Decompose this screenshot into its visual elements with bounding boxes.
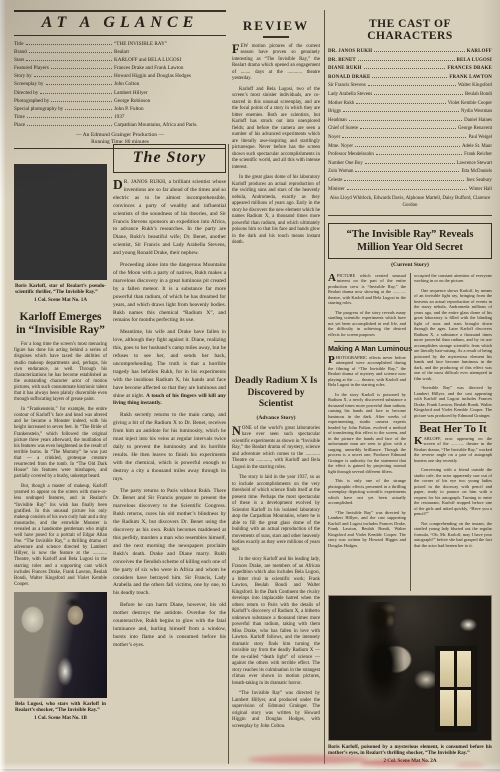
dot-leader <box>374 47 464 52</box>
at-a-glance-section: AT A GLANCE Title“THE INVISIBLE RAY” Bra… <box>14 10 226 149</box>
karloff-figure-silhouette <box>352 602 414 737</box>
credit-row: Directed byLambert Hillyer <box>14 89 226 97</box>
lugosi-portrait-photo <box>14 592 107 698</box>
paragraph: PHOTOGRAPHIC effects never before attemp… <box>328 355 406 388</box>
advance-body: NONE of the world’s great laboratories h… <box>232 426 320 731</box>
review-section: REVIEW FEW motion pictures of the curren… <box>232 18 320 370</box>
credit-row: Photographed byGeorge Robinson <box>14 97 226 105</box>
credit-row: Special photography byJohn P. Fulton <box>14 105 226 113</box>
cast-row: Zulu WomanEtta McDaniels <box>328 167 492 176</box>
feature-subcolumns: A PICTURE which created unusual interest… <box>328 273 492 591</box>
article-body: For a long time the screen’s most menaci… <box>14 342 107 588</box>
review-column: REVIEW FEW motion pictures of the curren… <box>232 12 320 734</box>
decorative-rule <box>263 36 289 38</box>
paragraph: In the story Karloff is poisoned by Radi… <box>328 392 406 475</box>
luminous-headline: Making A Man Luminous <box>328 346 406 352</box>
dot-leader <box>34 72 112 77</box>
paragraph: Rukh secretly returns to the main camp, … <box>113 412 226 483</box>
decorative-rule <box>328 215 492 216</box>
credit-row: Time1937 <box>14 113 226 121</box>
dot-leader <box>364 64 446 69</box>
cast-also-line: Also Lloyd Whitlock, Edwards Davis, Alph… <box>328 196 492 209</box>
column-divider-left <box>228 144 229 764</box>
cast-row: CelesteInez Seabury <box>328 176 492 185</box>
story-body: DR. JANOS RUKH, a brilliant scientist wh… <box>113 179 226 650</box>
cast-row: Sir Francis StevensWalter Kingsford <box>328 81 492 90</box>
credit-row: StarsKARLOFF and BELA LUGOSI <box>14 56 226 64</box>
left-column: Boris Karloff, star of Realart’s pseudo-… <box>14 164 107 721</box>
paragraph: DR. JANOS RUKH, a brilliant scientist wh… <box>113 179 226 258</box>
cast-row: Mme. NoyerAdele St. Maur <box>328 142 492 151</box>
dot-leader <box>355 142 460 147</box>
dot-leader <box>347 185 467 190</box>
dot-leader <box>376 150 462 155</box>
paragraph: Karloff and Bela Lugosi, two of the scre… <box>232 87 320 172</box>
photo-caption: Boris Karloff, star of Realart’s pseudo-… <box>15 283 106 303</box>
cast-title: THE CAST OF CHARACTERS <box>328 18 492 42</box>
paragraph: One sequence shows Karloff, by means of … <box>414 288 492 382</box>
credit-row: PlaceCarpathian Mountains, Africa and Pa… <box>14 121 226 129</box>
cast-row: DR. JANOS RUKHKARLOFF <box>328 47 492 56</box>
paragraph: “The Invisible Ray” was directed by Lamb… <box>232 691 320 730</box>
cast-row: Professor MendelssohnFrank Reicher <box>328 150 492 159</box>
paragraph: Not comprehending on the instant, the st… <box>414 521 492 549</box>
cast-section: THE CAST OF CHARACTERS DR. JANOS RUKHKAR… <box>328 18 492 216</box>
dot-leader <box>374 90 463 95</box>
paragraph: The party returns to Paris without Rukh.… <box>113 488 226 599</box>
cast-row: HeadmanDaniel Haines <box>328 116 492 125</box>
dot-leader <box>365 159 455 164</box>
feature-left-subcolumn: A PICTURE which created unusual interest… <box>328 273 406 591</box>
beat-headline: Beat Her To It <box>414 427 492 433</box>
story-headline-box: The Story <box>113 144 226 173</box>
decorative-rule <box>334 341 400 342</box>
dot-leader <box>27 113 112 118</box>
at-a-glance-list: Title“THE INVISIBLE RAY” BrandRealart St… <box>14 40 226 129</box>
paragraph: Before he can harm Diane, however, his o… <box>113 602 226 649</box>
dot-leader <box>46 80 112 85</box>
advance-headline: Deadly Radium X Is Discovered by Scienti… <box>232 376 320 411</box>
pressbook-page: AT A GLANCE Title“THE INVISIBLE RAY” Bra… <box>0 0 500 772</box>
cast-row: Number One BoyLawrence Stewart <box>328 159 492 168</box>
paragraph: For a long time the screen’s most menaci… <box>14 342 107 403</box>
cast-row: Lady Arabella StevensBeulah Bondi <box>328 90 492 99</box>
cast-row: RONALD DRAKEFRANK LAWTON <box>328 73 492 82</box>
dot-leader <box>65 105 112 110</box>
feature-headline: “The Invisible Ray” Reveals Million Year… <box>331 228 489 254</box>
paragraph: A PICTURE which created unusual interest… <box>328 273 406 306</box>
paragraph: “Invisible Ray” was directed by Lambert … <box>414 385 492 418</box>
cast-row: MinisterWinter Hall <box>328 185 492 194</box>
dot-leader <box>29 48 112 53</box>
cast-row: Chief of SureteGeorge Renavent <box>328 124 492 133</box>
paragraph: FEW motion pictures of the current seaso… <box>232 44 320 83</box>
paragraph: “The Invisible Ray” was directed by Lamb… <box>328 510 406 549</box>
dot-leader <box>372 73 447 78</box>
paragraph: occupied the constant attention of every… <box>414 273 492 284</box>
credit-row: Story byHoward Higgin and Douglas Hodges <box>14 72 226 80</box>
advance-kicker: (Advance Story) <box>232 415 320 421</box>
photo-caption: Bela Lugosi, who stars with Karloff in R… <box>15 701 106 721</box>
column-divider-right <box>324 10 325 764</box>
feature-right-subcolumn: occupied the constant attention of every… <box>414 273 492 591</box>
dot-leader <box>349 116 462 121</box>
cast-row: Mother RukhViolet Kemble Cooper <box>328 99 492 108</box>
cast-row: BriggsNydia Westman <box>328 107 492 116</box>
dot-leader <box>355 167 459 172</box>
paragraph: KARLOFF, now appearing on the screen of … <box>414 436 492 464</box>
dot-leader <box>356 99 446 104</box>
cast-row: DIANE RUKHFRANCES DRAKE <box>328 64 492 73</box>
credit-row: Screenplay byJohn Colton <box>14 80 226 88</box>
review-title: REVIEW <box>232 18 320 34</box>
mat-number: 2 Col. Scene Mat No. 2A <box>328 758 492 764</box>
paragraph: But, though a master of makeup, Karloff … <box>14 484 107 588</box>
at-a-glance-title: AT A GLANCE <box>14 10 226 36</box>
dot-leader <box>342 133 466 138</box>
feature-kicker: (Current Story) <box>328 262 492 268</box>
scene-photo <box>328 595 492 741</box>
dot-leader <box>360 124 456 129</box>
dot-leader <box>26 40 112 45</box>
review-body: FEW motion pictures of the current seaso… <box>232 44 320 247</box>
paragraph: Proceeding alone into the dangerous Moun… <box>113 262 226 325</box>
article-headline: Karloff Emerges in “Invisible Ray” <box>14 311 107 337</box>
paragraph: This is only one of the strange photogra… <box>328 478 406 506</box>
paragraph: Conversing with a friend outside the stu… <box>414 467 492 517</box>
subcolumn-divider <box>410 273 411 591</box>
credit-row: Featured PlayersFrances Drake and Frank … <box>14 64 226 72</box>
mat-number: 1 Col. Scene Mat No. 1B <box>15 715 106 721</box>
glowing-cabinet <box>435 646 477 732</box>
story-column: The Story DR. JANOS RUKH, a brilliant sc… <box>113 144 226 654</box>
credit-row: Title“THE INVISIBLE RAY” <box>14 40 226 48</box>
scene-photo-caption: Boris Karloff, poisoned by a mysterious … <box>328 744 492 764</box>
paragraph: The progress of the story reveals many s… <box>328 310 406 338</box>
paragraph: In the story Karloff and his leading lad… <box>232 557 320 687</box>
karloff-portrait-photo <box>14 164 107 280</box>
dot-leader <box>51 97 112 102</box>
paragraph: In the great glass dome of his laborator… <box>232 175 320 247</box>
dot-leader <box>26 56 112 61</box>
dot-leader <box>27 121 112 126</box>
cast-row: NoyerPaul Weigel <box>328 133 492 142</box>
dot-leader <box>358 56 455 61</box>
production-note: — An Edmund Grainger Production — <box>14 132 226 138</box>
paragraph: Meantime, his wife and Drake have fallen… <box>113 329 226 408</box>
advance-story-section: Deadly Radium X Is Discovered by Scienti… <box>232 376 320 730</box>
paragraph: The story is laid in the year 1937, so a… <box>232 475 320 553</box>
paragraph: In “Frankenstein,” for example, the enti… <box>14 407 107 480</box>
mat-number: 1 Col. Scene Mat No. 1A <box>15 297 106 303</box>
dot-leader <box>368 81 456 86</box>
feature-headline-box: “The Invisible Ray” Reveals Million Year… <box>328 223 492 259</box>
credit-row: BrandRealart <box>14 48 226 56</box>
cast-list: DR. JANOS RUKHKARLOFF DR. BENETBELA LUGO… <box>328 47 492 193</box>
right-column: THE CAST OF CHARACTERS DR. JANOS RUKHKAR… <box>328 12 492 764</box>
cast-row: DR. BENETBELA LUGOSI <box>328 56 492 65</box>
dot-leader <box>344 176 464 181</box>
story-title: The Story <box>133 149 206 166</box>
dot-leader <box>51 64 112 69</box>
dot-leader <box>40 89 112 94</box>
paragraph: NONE of the world’s great laboratories h… <box>232 426 320 472</box>
dot-leader <box>343 107 459 112</box>
